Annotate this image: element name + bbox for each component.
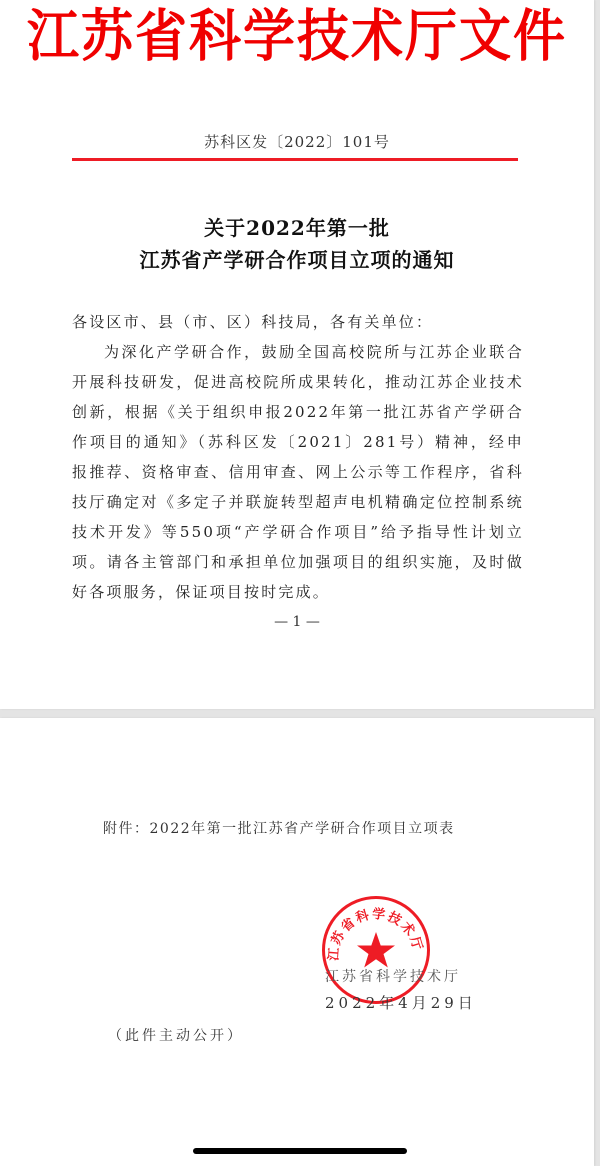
- attachment-note: 附件：2022年第一批江苏省产学研合作项目立项表: [103, 818, 455, 838]
- star-icon: [357, 932, 395, 968]
- issuer-name: 江苏省科学技术厅: [325, 966, 461, 986]
- document-number: 苏科区发〔2022〕101号: [0, 131, 594, 152]
- page-number: — 1 —: [0, 614, 594, 630]
- public-disclosure-note: （此件主动公开）: [108, 1025, 244, 1045]
- home-indicator[interactable]: [193, 1148, 407, 1154]
- official-seal: 江苏省科学技术厅: [322, 896, 430, 1004]
- title-line-2: 江苏省产学研合作项目立项的通知: [0, 244, 594, 273]
- issue-date: 2022年4月29日: [325, 992, 477, 1013]
- page-1: 江苏省科学技术厅文件 苏科区发〔2022〕101号 关于2022年第一批 江苏省…: [0, 0, 594, 709]
- body-paragraph: 为深化产学研合作，鼓励全国高校院所与江苏企业联合开展科技研发，促进高校院所成果转…: [72, 337, 524, 607]
- page-2: [0, 718, 594, 1166]
- title-line-1: 关于2022年第一批: [0, 212, 594, 241]
- document-viewer[interactable]: 江苏省科学技术厅文件 苏科区发〔2022〕101号 关于2022年第一批 江苏省…: [0, 0, 600, 1166]
- salutation: 各设区市、县（市、区）科技局，各有关单位：: [72, 307, 524, 337]
- document-header: 江苏省科学技术厅文件: [0, 0, 594, 75]
- red-divider: [72, 158, 518, 161]
